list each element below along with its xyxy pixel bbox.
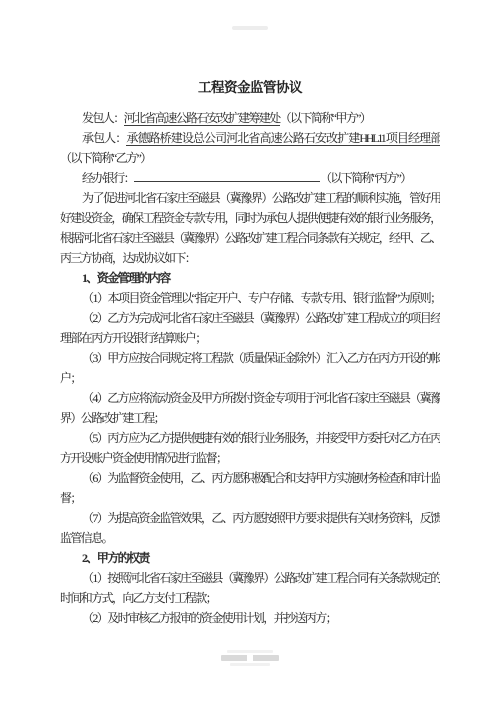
clause-1-6-line: 督； [60, 488, 440, 508]
document-page: 工程资金监管协议 发包人：河北省高速公路石安改扩建筹建处（以下简称“甲方”） 承… [0, 0, 500, 707]
bank-alias: （以下简称“丙方”） [320, 171, 411, 185]
preamble-line: 根据河北省石家庄至磁县（冀豫界）公路改扩建工程合同条款有关规定，经甲、乙、 [60, 228, 440, 248]
clause-1-4-line: 界）公路改扩建工程； [60, 408, 440, 428]
bank-label: 经办银行： [82, 171, 134, 185]
contractor-name-underlined: 承德路桥建设总公司河北省高速公路石安改扩建HHL11项目经理部 [126, 131, 440, 146]
preamble-line: 为了促进河北省石家庄至磁县（冀豫界）公路改扩建工程的顺利实施，管好用 [60, 188, 440, 208]
section2-heading: 2、甲方的权责 [60, 548, 440, 568]
bank-name-blank-field [134, 168, 320, 182]
clause-2-1-line: 时间和方式，向乙方支付工程款； [60, 588, 440, 608]
document-body: 发包人：河北省高速公路石安改扩建筹建处（以下简称“甲方”） 承包人：承德路桥建设… [60, 108, 440, 628]
clause-2-1-line: （1）按照河北省石家庄至磁县（冀豫界）公路改扩建工程合同有关条款规定的 [60, 568, 440, 588]
document-title: 工程资金监管协议 [0, 78, 500, 98]
watermark-bottom-row1 [227, 650, 273, 653]
employer-name-underlined: 河北省高速公路石安改扩建筹建处 [124, 111, 280, 126]
employer-line: 发包人：河北省高速公路石安改扩建筹建处（以下简称“甲方”） [60, 108, 440, 128]
clause-1-2-line: 理部在丙方开设银行结算账户； [60, 328, 440, 348]
employer-label: 发包人： [82, 111, 124, 125]
clause-1-3-line: （3）甲方应按合同规定将工程款（质量保证金除外）汇入乙方在丙方开设的帐 [60, 348, 440, 368]
bank-line: 经办银行：（以下简称“丙方”） [60, 168, 440, 188]
preamble-line: 好建设资金，确保工程资金专款专用，同时为承包人提供便捷有效的银行业务服务， [60, 208, 440, 228]
contractor-label: 承包人： [82, 131, 126, 145]
clause-1-4-line: （4）乙方应将流动资金及甲方所拨付资金专项用于河北省石家庄至磁县（冀豫 [60, 388, 440, 408]
clause-1-5-line: （5）丙方应为乙方提供便捷有效的银行业务服务，并接受甲方委托对乙方在丙 [60, 428, 440, 448]
clause-1-1-line: （1）本项目资金管理以“指定开户、专户存储、专款专用、银行监督”为原则； [60, 288, 440, 308]
watermark-bottom-row2 [221, 655, 279, 661]
section1-heading: 1、资金管理的内容 [60, 268, 440, 288]
clause-1-3-line: 户； [60, 368, 440, 388]
watermark-top-smudge [232, 26, 268, 30]
watermark-bottom-smudge [215, 650, 285, 668]
clause-1-2-line: （2）乙方为完成河北省石家庄至磁县（冀豫界）公路改扩建工程成立的项目经 [60, 308, 440, 328]
watermark-bottom-row3 [230, 663, 270, 666]
contractor-line: 承包人：承德路桥建设总公司河北省高速公路石安改扩建HHL11项目经理部 [60, 128, 440, 148]
clause-2-2-line: （2）及时审核乙方报审的资金使用计划，并抄送丙方； [60, 608, 440, 628]
clause-1-7-line: （7）为提高资金监管效果，乙、丙方愿按照甲方要求提供有关财务资料，反馈 [60, 508, 440, 528]
clause-1-6-line: （6）为监督资金使用，乙、丙方愿积极配合和支持甲方实施财务检查和审计监 [60, 468, 440, 488]
clause-1-5-line: 方开设账户资金使用情况进行监督； [60, 448, 440, 468]
employer-alias: （以下简称“甲方”） [280, 111, 371, 125]
preamble-line: 丙三方协商，达成协议如下： [60, 248, 440, 268]
contractor-alias-line: （以下简称“乙方”） [60, 148, 440, 168]
clause-1-7-line: 监管信息。 [60, 528, 440, 548]
